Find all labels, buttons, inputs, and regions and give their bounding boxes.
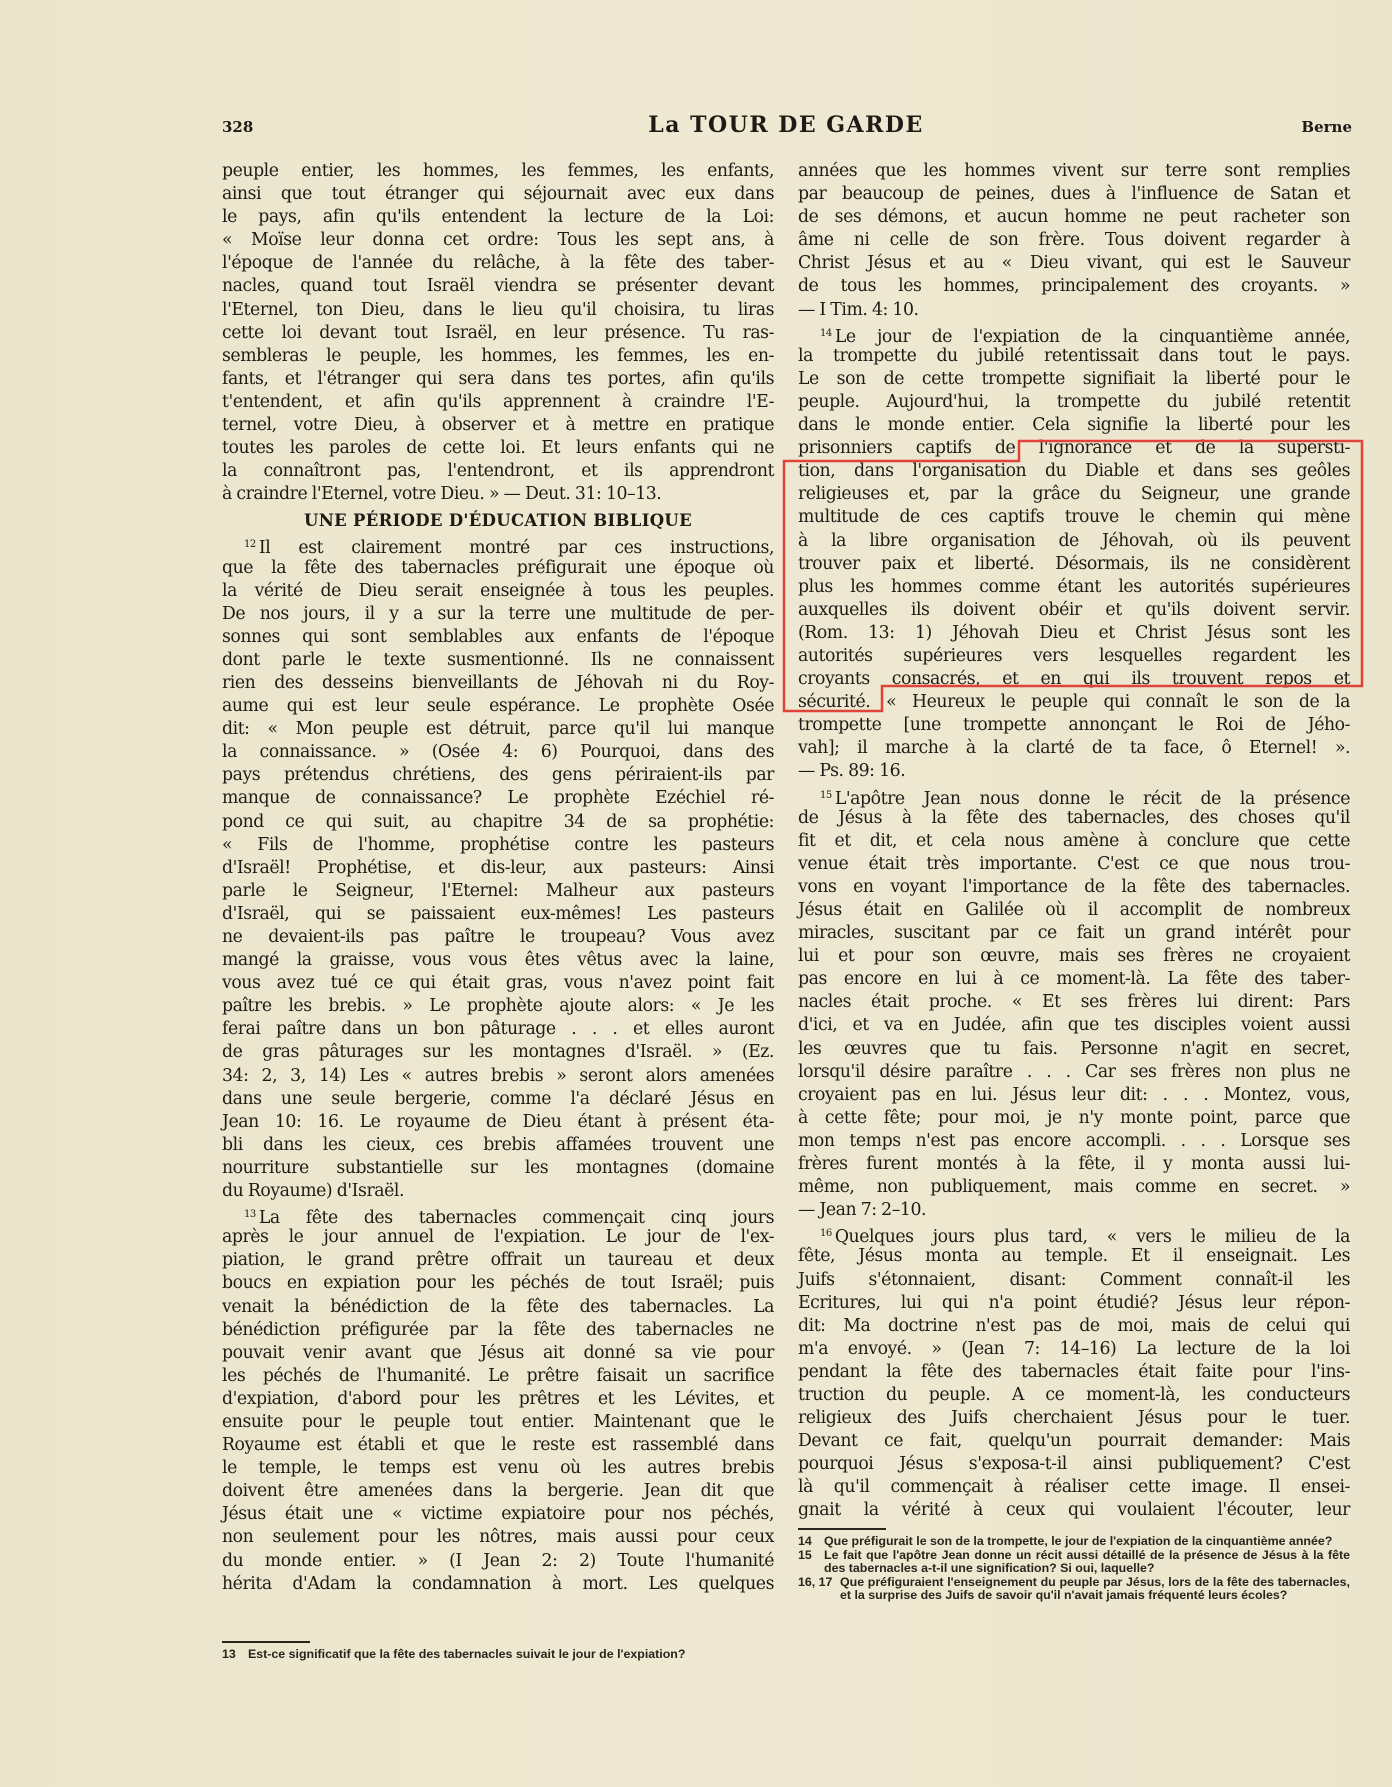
text-line: le pays, afin qu'ils entendent la lectur… — [222, 206, 774, 229]
text-line: lui et pour son œuvre, mais ses frères n… — [798, 945, 1350, 968]
text-line: 13La fête des tabernacles commençait cin… — [222, 1203, 774, 1226]
footnote-number: 16, 17 — [798, 1576, 840, 1603]
text-line: d'ici, et va en Judée, afin que tes disc… — [798, 1014, 1350, 1037]
right-column: années que les hommes vivent sur terre s… — [798, 160, 1350, 1523]
text-line: Ecritures, lui qui n'a point étudié? Jés… — [798, 1292, 1350, 1315]
text-line: t'entendent, et afin qu'ils apprennent à… — [222, 391, 774, 414]
text-line: que la fête des tabernacles préfigurait … — [222, 557, 774, 580]
text-line: toutes les paroles de cette loi. Et leur… — [222, 437, 774, 460]
left-column: peuple entier, les hommes, les femmes, l… — [222, 160, 774, 1596]
text-line: De nos jours, il y a sur la terre une mu… — [222, 603, 774, 626]
section-subheading: UNE PÉRIODE D'ÉDUCATION BIBLIQUE — [222, 506, 774, 533]
text-line: vons en voyant l'importance de la fête d… — [798, 876, 1350, 899]
text-line: pas encore en lui à ce moment-là. La fêt… — [798, 968, 1350, 991]
footnote-text: Est-ce significatif que la fête des tabe… — [248, 1648, 774, 1662]
text-line: pond ce qui suit, au chapitre 34 de sa p… — [222, 811, 774, 834]
text-line-content: Quelques jours plus tard, « vers le mili… — [835, 1227, 1350, 1247]
text-line: ne devaient-ils pas paître le troupeau? … — [222, 926, 774, 949]
paragraph-13: 13La fête des tabernacles commençait cin… — [222, 1203, 774, 1596]
text-line: années que les hommes vivent sur terre s… — [798, 160, 1350, 183]
text-line: Jésus était en Galilée où il accomplit d… — [798, 899, 1350, 922]
text-line: rien des desseins bienveillants de Jéhov… — [222, 672, 774, 695]
text-line: cette loi devant tout Israël, en leur pr… — [222, 322, 774, 345]
text-line: boucs en expiation pour les péchés de to… — [222, 1272, 774, 1295]
text-line: truction du peuple. A ce moment-là, les … — [798, 1384, 1350, 1407]
text-line: d'Israël! Prophétise, et dis-leur, aux p… — [222, 857, 774, 880]
text-line: ferai paître dans un bon pâturage . . . … — [222, 1018, 774, 1041]
text-line: pourquoi Jésus s'exposa-t-il ainsi publi… — [798, 1453, 1350, 1476]
text-line: Devant ce fait, quelqu'un pourrait deman… — [798, 1430, 1350, 1453]
text-line: aume qui est leur seule espérance. Le pr… — [222, 695, 774, 718]
text-line: bli dans les cieux, ces brebis affamées … — [222, 1134, 774, 1157]
text-line: (Rom. 13: 1) Jéhovah Dieu et Christ Jésu… — [798, 622, 1350, 645]
text-line: venait la bénédiction de la fête des tab… — [222, 1296, 774, 1319]
text-line: paître les brebis. » Le prophète ajoute … — [222, 995, 774, 1018]
running-header: 328 La TOUR DE GARDE Berne — [222, 112, 1350, 144]
text-line: à cette fête; pour moi, je n'y monte poi… — [798, 1107, 1350, 1130]
text-line: — Jean 7: 2–10. — [798, 1199, 1350, 1222]
text-line: — Ps. 89: 16. — [798, 760, 1350, 783]
paragraph-number: 14 — [820, 328, 832, 339]
text-line: l'époque de l'année du relâche, à la fêt… — [222, 252, 774, 275]
text-line: frères furent montés à la fête, il y mon… — [798, 1153, 1350, 1176]
text-line: nourriture substantielle sur les montagn… — [222, 1157, 774, 1180]
text-line: pendant la fête des tabernacles était fa… — [798, 1361, 1350, 1384]
text-line: l'Eternel, ton Dieu, dans le lieu qu'il … — [222, 299, 774, 322]
text-line: la vérité de Dieu serait enseignée à tou… — [222, 580, 774, 603]
text-line: — I Tim. 4: 10. — [798, 299, 1350, 322]
text-line: la trompette du jubilé retentissait dans… — [798, 345, 1350, 368]
text-line: mangé la graisse, vous vous êtes vêtus a… — [222, 949, 774, 972]
continued-paragraph: années que les hommes vivent sur terre s… — [798, 160, 1350, 322]
text-line: religieuses et, par la grâce du Seigneur… — [798, 483, 1350, 506]
text-line: venue était très importante. C'est ce qu… — [798, 853, 1350, 876]
text-line: plus les hommes comme étant les autorité… — [798, 576, 1350, 599]
journal-title: La TOUR DE GARDE — [222, 112, 1350, 138]
text-line: de gras pâturages sur les montagnes d'Is… — [222, 1041, 774, 1064]
text-line: lorsqu'il désire paraître . . . Car ses … — [798, 1061, 1350, 1084]
paragraph-number: 16 — [820, 1228, 832, 1239]
text-line: les péchés de l'humanité. Le prêtre fais… — [222, 1365, 774, 1388]
text-line: multitude de ces captifs trouve le chemi… — [798, 506, 1350, 529]
footnote-question: 15Le fait que l'apôtre Jean donne un réc… — [798, 1549, 1350, 1576]
text-line-content: Il est clairement montré par ces instruc… — [259, 538, 774, 558]
text-line: bénédiction préfigurée par la fête des t… — [222, 1319, 774, 1342]
text-line: par beaucoup de peines, dues à l'influen… — [798, 183, 1350, 206]
text-line: 15L'apôtre Jean nous donne le récit de l… — [798, 784, 1350, 807]
text-line: peuple. Aujourd'hui, la trompette du jub… — [798, 391, 1350, 414]
text-line: trouver paix et liberté. Désormais, ils … — [798, 553, 1350, 576]
text-line: les œuvres que tu fais. Personne n'agit … — [798, 1038, 1350, 1061]
paragraph-number: 12 — [244, 539, 256, 550]
text-line: là qu'il commençait à réaliser cette ima… — [798, 1476, 1350, 1499]
text-line: nacles était proche. « Et ses frères lui… — [798, 991, 1350, 1014]
text-line: Jean 10: 16. Le royaume de Dieu étant à … — [222, 1111, 774, 1134]
text-line: doivent être amenées dans la bergerie. J… — [222, 1480, 774, 1503]
text-line: nacles, quand tout Israël viendra se pré… — [222, 275, 774, 298]
text-line: dit: « Mon peuple est détruit, parce qu'… — [222, 718, 774, 741]
footnote-rule — [798, 1528, 886, 1530]
footnote-text: Le fait que l'apôtre Jean donne un récit… — [824, 1549, 1350, 1576]
text-line: fants, et l'étranger qui sera dans tes p… — [222, 368, 774, 391]
text-line: gnait la vérité à ceux qui voulaient l'é… — [798, 1499, 1350, 1522]
footnote-question: 14Que préfigurait le son de la trompette… — [798, 1535, 1350, 1549]
footnote-text: Que préfiguraient l'enseignement du peup… — [840, 1576, 1350, 1603]
text-line: dans le monde entier. Cela signifie la l… — [798, 414, 1350, 437]
text-line: croyants consacrés, et en qui ils trouve… — [798, 668, 1350, 691]
paragraph-15: 15L'apôtre Jean nous donne le récit de l… — [798, 784, 1350, 1223]
text-line: trompette [une trompette annonçant le Ro… — [798, 714, 1350, 737]
footnote-question: 16, 17Que préfiguraient l'enseignement d… — [798, 1576, 1350, 1603]
text-line: autorités supérieures vers lesquelles re… — [798, 645, 1350, 668]
text-line: dans une seule bergerie, comme l'a décla… — [222, 1088, 774, 1111]
text-line: auxquelles ils doivent obéir et qu'ils d… — [798, 599, 1350, 622]
text-line: d'expiation, d'abord pour les prêtres et… — [222, 1388, 774, 1411]
text-line: Juifs s'étonnaient, disant: Comment conn… — [798, 1269, 1350, 1292]
text-line: de Jésus à la fête des tabernacles, des … — [798, 807, 1350, 830]
text-line: miracles, suscitant par ce fait un grand… — [798, 922, 1350, 945]
text-line: ensuite pour le peuple tout entier. Main… — [222, 1411, 774, 1434]
text-line: Royaume est établi et que le reste est r… — [222, 1434, 774, 1457]
text-line: fête, Jésus monta au temple. Et il ensei… — [798, 1245, 1350, 1268]
footnote-number: 13 — [222, 1648, 248, 1662]
text-line: sonnes qui sont semblables aux enfants d… — [222, 626, 774, 649]
text-line: non seulement pour les nôtres, mais auss… — [222, 1526, 774, 1549]
text-line-content: La fête des tabernacles commençait cinq … — [259, 1208, 774, 1228]
paragraph-number: 15 — [820, 790, 832, 801]
text-line: 34: 2, 3, 14) Les « autres brebis » sero… — [222, 1065, 774, 1088]
text-line: de tous les hommes, principalement des c… — [798, 275, 1350, 298]
text-line: croyaient pas en lui. Jésus leur dit: . … — [798, 1084, 1350, 1107]
text-line: peuple entier, les hommes, les femmes, l… — [222, 160, 774, 183]
text-line: Christ Jésus et au « Dieu vivant, qui es… — [798, 252, 1350, 275]
text-line-content: L'apôtre Jean nous donne le récit de la … — [835, 789, 1350, 809]
text-line: 12Il est clairement montré par ces instr… — [222, 533, 774, 556]
text-line: mon temps n'est pas encore accompli. . .… — [798, 1130, 1350, 1153]
text-line: sécurité. « Heureux le peuple qui connaî… — [798, 691, 1350, 714]
text-line: la connaîtront pas, l'entendront, et ils… — [222, 460, 774, 483]
continued-paragraph: peuple entier, les hommes, les femmes, l… — [222, 160, 774, 506]
text-line: hérita d'Adam la condamnation à mort. Le… — [222, 1573, 774, 1596]
text-line: parle le Seigneur, l'Eternel: Malheur au… — [222, 880, 774, 903]
text-line: à la libre organisation de Jéhovah, où i… — [798, 530, 1350, 553]
text-line: le temple, le temps est venu où les autr… — [222, 1457, 774, 1480]
text-line: pays prétendus chrétiens, des gens périr… — [222, 764, 774, 787]
left-footnotes: 13Est-ce significatif que la fête des ta… — [222, 1648, 774, 1662]
text-line: ainsi que tout étranger qui séjournait a… — [222, 183, 774, 206]
text-line: fit et dit, et cela nous amène à conclur… — [798, 830, 1350, 853]
text-line: religieux des Juifs cherchaient Jésus po… — [798, 1407, 1350, 1430]
text-line: du monde entier. » (I Jean 2: 2) Toute l… — [222, 1550, 774, 1573]
footnote-number: 14 — [798, 1535, 824, 1549]
paragraph-14: 14Le jour de l'expiation de la cinquanti… — [798, 322, 1350, 784]
text-line: vous avez tué ce qui était gras, vous n'… — [222, 972, 774, 995]
text-line-content: Le jour de l'expiation de la cinquantièm… — [835, 327, 1350, 347]
text-line: dit: Ma doctrine n'est pas de moi, mais … — [798, 1315, 1350, 1338]
header-place: Berne — [1301, 118, 1352, 136]
text-line: tion, dans l'organisation du Diable et d… — [798, 460, 1350, 483]
text-line: piation, le grand prêtre offrait un taur… — [222, 1249, 774, 1272]
text-line: sembleras le peuple, les hommes, les fem… — [222, 345, 774, 368]
text-line: de ses démons, et aucun homme ne peut ra… — [798, 206, 1350, 229]
text-line: du Royaume) d'Israël. — [222, 1180, 774, 1203]
text-line: pouvait venir avant que Jésus ait donné … — [222, 1342, 774, 1365]
text-line: âme ni celle de son frère. Tous doivent … — [798, 229, 1350, 252]
text-line: manque de connaissance? Le prophète Ezéc… — [222, 787, 774, 810]
footnote-question: 13Est-ce significatif que la fête des ta… — [222, 1648, 774, 1662]
paragraph-number: 13 — [244, 1209, 256, 1220]
text-line: Le son de cette trompette signifiait la … — [798, 368, 1350, 391]
paragraph-12: 12Il est clairement montré par ces instr… — [222, 533, 774, 1203]
text-line: ternel, votre Dieu, à observer et à mett… — [222, 414, 774, 437]
text-line: 14Le jour de l'expiation de la cinquanti… — [798, 322, 1350, 345]
paragraph-16: 16Quelques jours plus tard, « vers le mi… — [798, 1222, 1350, 1522]
text-line: vah]; il marche à la clarté de ta face, … — [798, 737, 1350, 760]
text-line: m'a envoyé. » (Jean 7: 14–16) La lecture… — [798, 1338, 1350, 1361]
text-line: même, non publiquement, mais comme en se… — [798, 1176, 1350, 1199]
text-line: Jésus était une « victime expiatoire pou… — [222, 1503, 774, 1526]
text-line: prisonniers captifs de l'ignorance et de… — [798, 437, 1350, 460]
text-line: la connaissance. » (Osée 4: 6) Pourquoi,… — [222, 741, 774, 764]
text-line: d'Israël, qui se paissaient eux-mêmes! L… — [222, 903, 774, 926]
right-footnotes: 14Que préfigurait le son de la trompette… — [798, 1535, 1350, 1603]
footnote-text: Que préfigurait le son de la trompette, … — [824, 1535, 1350, 1549]
text-line: dont parle le texte susmentionné. Ils ne… — [222, 649, 774, 672]
text-line: à craindre l'Eternel, votre Dieu. » — De… — [222, 483, 774, 506]
footnote-rule — [222, 1641, 310, 1643]
text-line: « Moïse leur donna cet ordre: Tous les s… — [222, 229, 774, 252]
footnote-number: 15 — [798, 1549, 824, 1576]
text-line: après le jour annuel de l'expiation. Le … — [222, 1226, 774, 1249]
text-line: 16Quelques jours plus tard, « vers le mi… — [798, 1222, 1350, 1245]
text-line: « Fils de l'homme, prophétise contre les… — [222, 834, 774, 857]
